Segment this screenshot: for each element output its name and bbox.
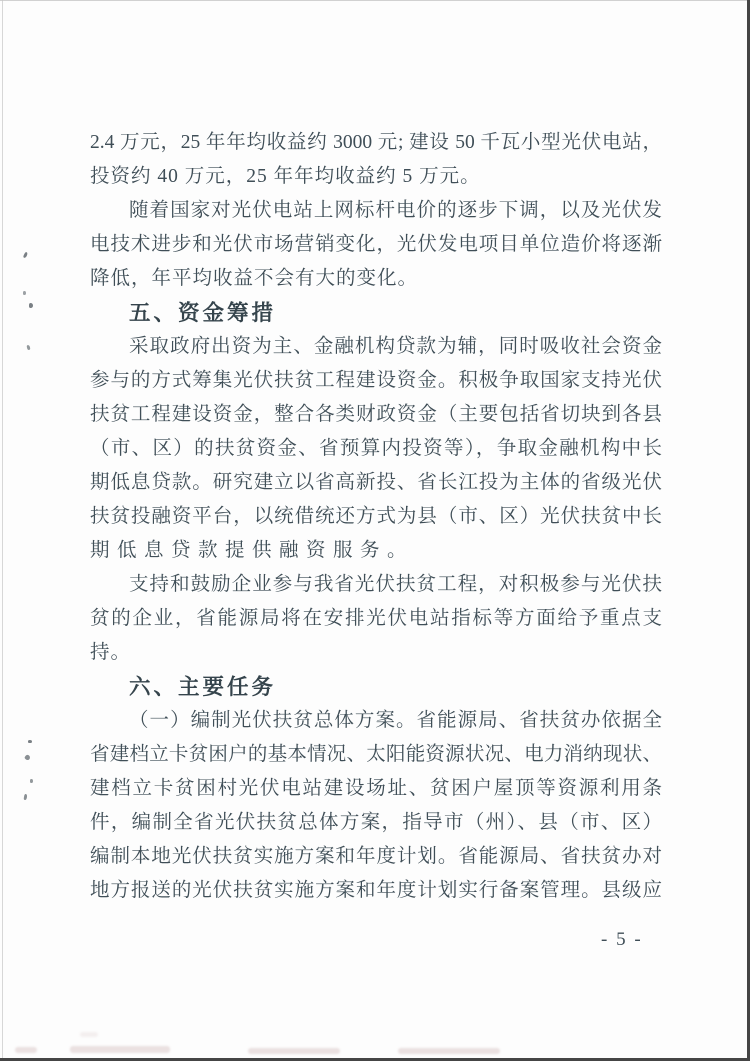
body-line: 件，编制全省光伏扶贫总体方案，指导市（州）、县（市、区） xyxy=(90,806,662,840)
body-line: 扶贫工程建设资金，整合各类财政资金（主要包括省切块到各县 xyxy=(90,398,662,432)
bottom-smudge xyxy=(248,1048,340,1054)
page-number: - 5 - xyxy=(601,929,643,951)
ink-speck xyxy=(29,303,33,308)
bottom-smudge xyxy=(80,1032,98,1037)
body-line: 电技术进步和光伏市场营销变化，光伏发电项目单位造价将逐渐 xyxy=(90,228,662,262)
bottom-smudge xyxy=(15,1047,37,1053)
body-line: 采取政府出资为主、金融机构贷款为辅，同时吸收社会资金 xyxy=(90,330,662,364)
body-line: 省建档立卡贫困户的基本情况、太阳能资源状况、电力消纳现状、 xyxy=(90,738,662,772)
section-6-heading: 六、主要任务 xyxy=(90,670,662,704)
body-line: 期低息贷款提供融资服务。 xyxy=(90,534,662,568)
body-line: （一）编制光伏扶贫总体方案。省能源局、省扶贫办依据全 xyxy=(90,704,662,738)
ink-speck xyxy=(30,779,33,783)
body-line: 贫的企业，省能源局将在安排光伏电站指标等方面给予重点支 xyxy=(90,602,662,636)
ink-speck xyxy=(28,740,32,743)
body-line: 持。 xyxy=(90,636,662,670)
body-line: 降低，年平均收益不会有大的变化。 xyxy=(90,262,662,296)
bottom-smudge xyxy=(70,1046,170,1053)
body-line: 参与的方式筹集光伏扶贫工程建设资金。积极争取国家支持光伏 xyxy=(90,364,662,398)
body-line: 2.4 万元，25 年年均收益约 3000 元; 建设 50 千瓦小型光伏电站， xyxy=(90,126,662,160)
body-line: 建档立卡贫困村光伏电站建设场址、贫困户屋顶等资源利用条 xyxy=(90,772,662,806)
page-edge-top xyxy=(0,0,750,1)
body-line: 随着国家对光伏电站上网标杆电价的逐步下调，以及光伏发 xyxy=(90,194,662,228)
ink-speck xyxy=(23,252,28,259)
ink-speck xyxy=(24,754,31,761)
ink-speck xyxy=(24,794,28,800)
body-line: 扶贫投融资平台，以统借统还方式为县（市、区）光伏扶贫中长 xyxy=(90,500,662,534)
bottom-smudge xyxy=(398,1048,500,1054)
body-line: 编制本地光伏扶贫实施方案和年度计划。省能源局、省扶贫办对 xyxy=(90,840,662,874)
ink-speck xyxy=(23,291,26,295)
body-line: 地方报送的光伏扶贫实施方案和年度计划实行备案管理。县级应 xyxy=(90,874,662,908)
body-line: 期低息贷款。研究建立以省高新投、省长江投为主体的省级光伏 xyxy=(90,466,662,500)
ink-speck xyxy=(26,345,30,351)
scanned-document-page: 2.4 万元，25 年年均收益约 3000 元; 建设 50 千瓦小型光伏电站，… xyxy=(0,0,750,1061)
body-line: 支持和鼓励企业参与我省光伏扶贫工程，对积极参与光伏扶 xyxy=(90,568,662,602)
document-body: 2.4 万元，25 年年均收益约 3000 元; 建设 50 千瓦小型光伏电站，… xyxy=(90,126,662,908)
body-line: （市、区）的扶贫资金、省预算内投资等），争取金融机构中长 xyxy=(90,432,662,466)
section-5-heading: 五、资金筹措 xyxy=(90,296,662,330)
page-edge-left xyxy=(2,0,3,1061)
body-line: 投资约 40 万元，25 年年均收益约 5 万元。 xyxy=(90,160,662,194)
